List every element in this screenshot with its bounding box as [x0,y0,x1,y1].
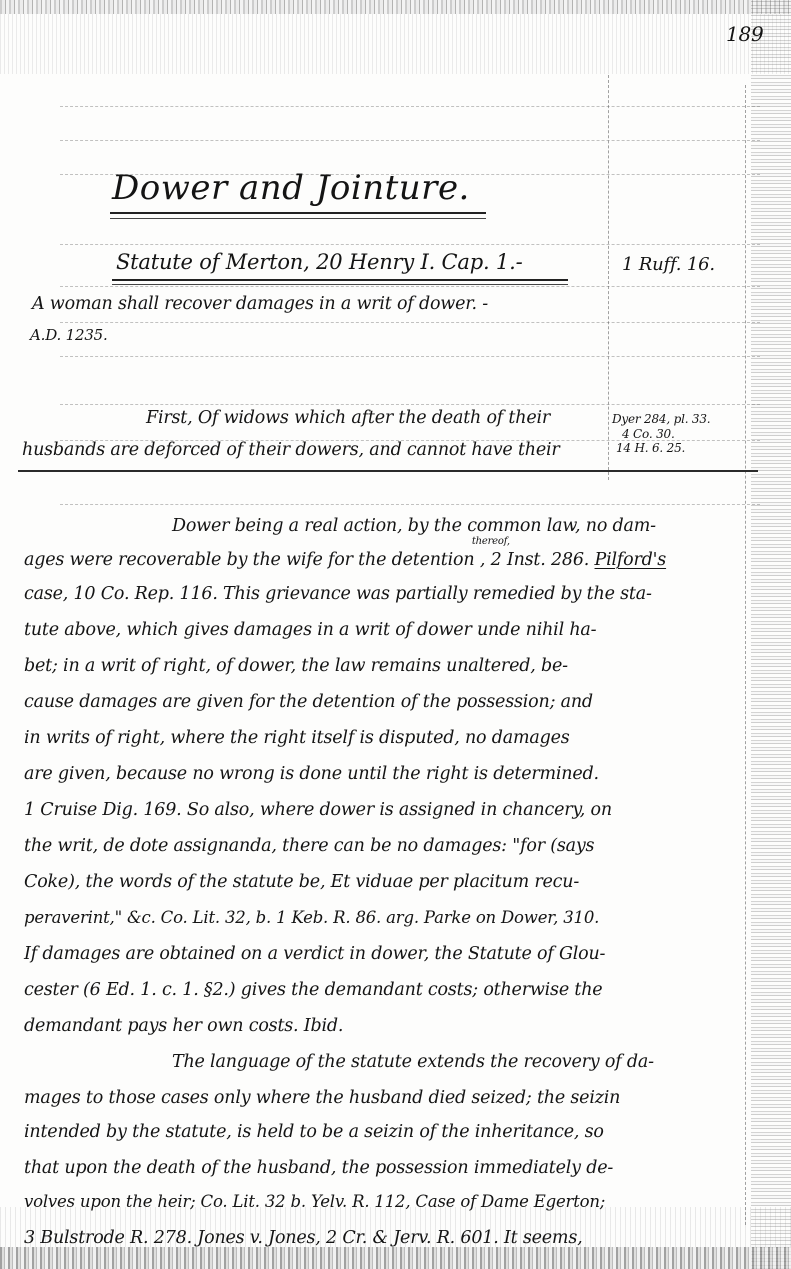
ruling-line [60,322,760,323]
commentary-line: the writ, de dote assignanda, there can … [24,836,594,856]
commentary-line: mages to those cases only where the husb… [24,1088,620,1108]
ruling-line [60,504,760,505]
commentary-line: that upon the death of the husband, the … [24,1158,613,1178]
scan-edge-top [0,0,791,14]
commentary-line: cester (6 Ed. 1. c. 1. §2.) gives the de… [24,980,602,1000]
commentary-line: If damages are obtained on a verdict in … [24,944,605,964]
commentary-line: intended by the statute, is held to be a… [24,1122,604,1142]
scan-noise-top [0,14,791,74]
margin-line-left [608,75,609,480]
commentary-line: Dower being a real action, by the common… [172,516,656,536]
ruling-line [60,286,760,287]
commentary-line: are given, because no wrong is done unti… [24,764,599,784]
ruling-line [60,404,760,405]
scan-edge-bottom [0,1247,791,1269]
commentary-text: ages were recoverable by the wife for th… [24,550,474,570]
commentary-line: case, 10 Co. Rep. 116. This grievance wa… [24,584,652,604]
statute-summary-line: A woman shall recover damages in a writ … [32,294,488,314]
commentary-line: cause damages are given for the detentio… [24,692,593,712]
commentary-line: The language of the statute extends the … [172,1052,654,1072]
ruling-line [60,106,760,107]
statute-date: A.D. 1235. [30,326,108,344]
commentary-line: tute above, which gives damages in a wri… [24,620,596,640]
statute-heading: Statute of Merton, 20 Henry I. Cap. 1.- [116,250,522,274]
commentary-line: volves upon the heir; Co. Lit. 32 b. Yel… [24,1192,605,1211]
commentary-line: ages were recoverable by the wife for th… [24,550,666,570]
ruling-line [60,356,760,357]
case-name: Pilford's [595,550,667,570]
statute-text-line: First, Of widows which after the death o… [146,408,550,428]
manuscript-page: 189 Dower and Jointure. Statute of Merto… [0,0,791,1269]
ruling-line [60,140,760,141]
commentary-line: peraverint," &c. Co. Lit. 32, b. 1 Keb. … [24,908,599,927]
margin-ref-coke: 4 Co. 30. [622,427,675,441]
commentary-line: in writs of right, where the right itsel… [24,728,570,748]
commentary-line: bet; in a writ of right, of dower, the l… [24,656,568,676]
commentary-line: Coke), the words of the statute be, Et v… [24,872,579,892]
insertion-mark: thereof, [472,536,510,547]
statute-text-line: husbands are deforced of their dowers, a… [22,440,560,460]
commentary-line: 1 Cruise Dig. 169. So also, where dower … [24,800,612,820]
margin-ref-henry: 14 H. 6. 25. [616,441,685,455]
ruling-line [60,244,760,245]
commentary-line: 3 Bulstrode R. 278. Jones v. Jones, 2 Cr… [24,1228,582,1248]
commentary-line: demandant pays her own costs. Ibid. [24,1016,343,1036]
margin-ref-dyer: Dyer 284, pl. 33. [612,412,710,426]
section-divider [18,470,758,472]
page-number: 189 [726,22,764,46]
page-title: Dower and Jointure. [112,168,470,208]
scan-edge-right [751,0,791,1269]
statute-heading-underline [112,279,568,285]
title-underline [110,212,486,219]
statute-margin-ref: 1 Ruff. 16. [622,254,715,275]
citation: 2 Inst. 286. [491,550,590,570]
margin-line-right [745,85,746,1225]
